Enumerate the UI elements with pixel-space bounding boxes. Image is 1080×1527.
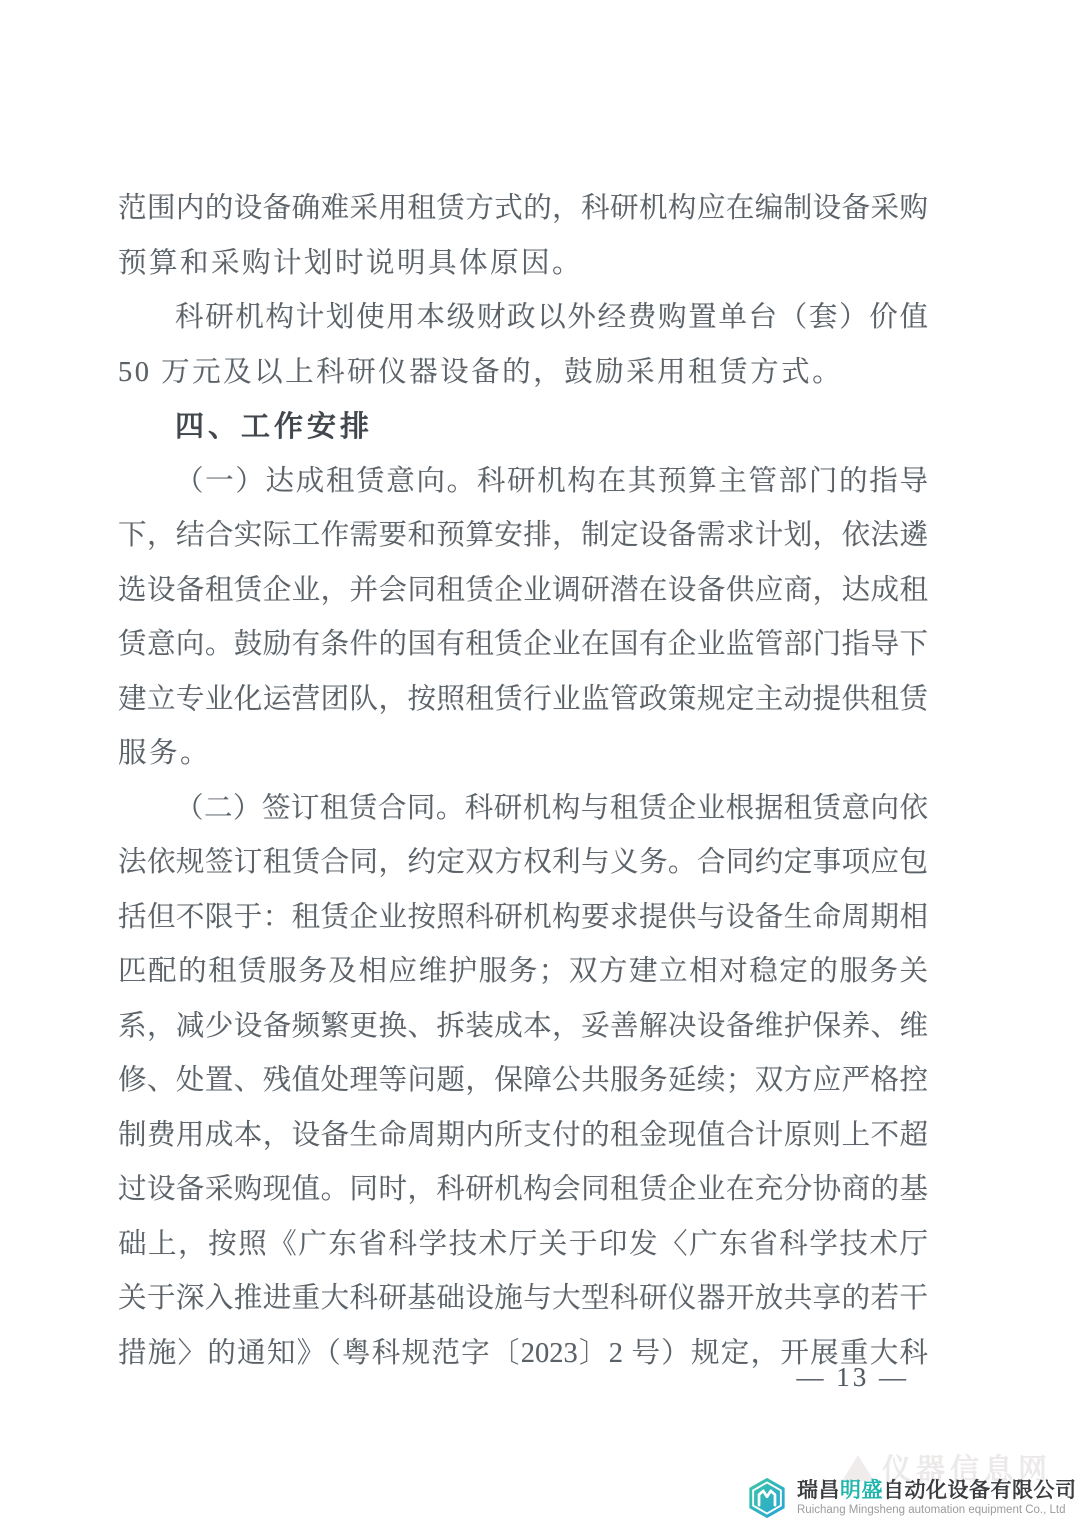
text-line: 科研机构计划使用本级财政以外经费购置单台（套）价值 xyxy=(118,291,928,346)
text-line: 关于深入推进重大科研基础设施与大型科研仪器开放共享的若干 xyxy=(118,1272,928,1327)
company-name-cn: 瑞昌明盛自动化设备有限公司 xyxy=(797,1479,1077,1503)
text-line: 修、处置、残值处理等问题，保障公共服务延续；双方应严格控 xyxy=(118,1054,928,1109)
document-body: 范围内的设备确难采用租赁方式的，科研机构应在编制设备采购 预算和采购计划时说明具… xyxy=(118,182,928,1381)
text-line: 下，结合实际工作需要和预算安排，制定设备需求计划，依法遴 xyxy=(118,509,928,564)
text-line: 赁意向。鼓励有条件的国有租赁企业在国有企业监管部门指导下 xyxy=(118,618,928,673)
text-line: 50 万元及以上科研仪器设备的，鼓励采用租赁方式。 xyxy=(118,346,928,401)
document-page: 范围内的设备确难采用租赁方式的，科研机构应在编制设备采购 预算和采购计划时说明具… xyxy=(0,0,1080,1527)
text-line: 括但不限于：租赁企业按照科研机构要求提供与设备生命周期相 xyxy=(118,891,928,946)
page-number: — 13 — xyxy=(797,1362,910,1393)
text-line: （一）达成租赁意向。科研机构在其预算主管部门的指导 xyxy=(118,455,928,510)
company-name-cn-highlight: 明盛 xyxy=(840,1479,883,1502)
text-line: 系，减少设备频繁更换、拆装成本，妥善解决设备维护保养、维 xyxy=(118,1000,928,1055)
text-line: 服务。 xyxy=(118,727,928,782)
text-line: 预算和采购计划时说明具体原因。 xyxy=(118,237,928,292)
text-line: 制费用成本，设备生命周期内所支付的租金现值合计原则上不超 xyxy=(118,1109,928,1164)
text-line: 础上，按照《广东省科学技术厅关于印发〈广东省科学技术厅 xyxy=(118,1218,928,1273)
text-line: 选设备租赁企业，并会同租赁企业调研潜在设备供应商，达成租 xyxy=(118,564,928,619)
company-footer: 瑞昌明盛自动化设备有限公司 Ruichang Mingsheng automat… xyxy=(746,1476,1077,1520)
section-heading-work-arrangement: 四、工作安排 xyxy=(118,400,928,455)
text-line: （二）签订租赁合同。科研机构与租赁企业根据租赁意向依 xyxy=(118,782,928,837)
company-name-block: 瑞昌明盛自动化设备有限公司 Ruichang Mingsheng automat… xyxy=(797,1479,1077,1517)
text-line: 法依规签订租赁合同，约定双方权利与义务。合同约定事项应包 xyxy=(118,836,928,891)
hexagon-m-logo-icon xyxy=(746,1476,788,1520)
text-line: 范围内的设备确难采用租赁方式的，科研机构应在编制设备采购 xyxy=(118,182,928,237)
text-line: 匹配的租赁服务及相应维护服务；双方建立相对稳定的服务关 xyxy=(118,945,928,1000)
company-name-cn-suffix: 自动化设备有限公司 xyxy=(883,1479,1077,1502)
company-name-cn-prefix: 瑞昌 xyxy=(797,1479,840,1502)
company-name-en: Ruichang Mingsheng automation equipment … xyxy=(797,1503,1077,1517)
text-line: 建立专业化运营团队，按照租赁行业监管政策规定主动提供租赁 xyxy=(118,673,928,728)
text-line: 过设备采购现值。同时，科研机构会同租赁企业在充分协商的基 xyxy=(118,1163,928,1218)
